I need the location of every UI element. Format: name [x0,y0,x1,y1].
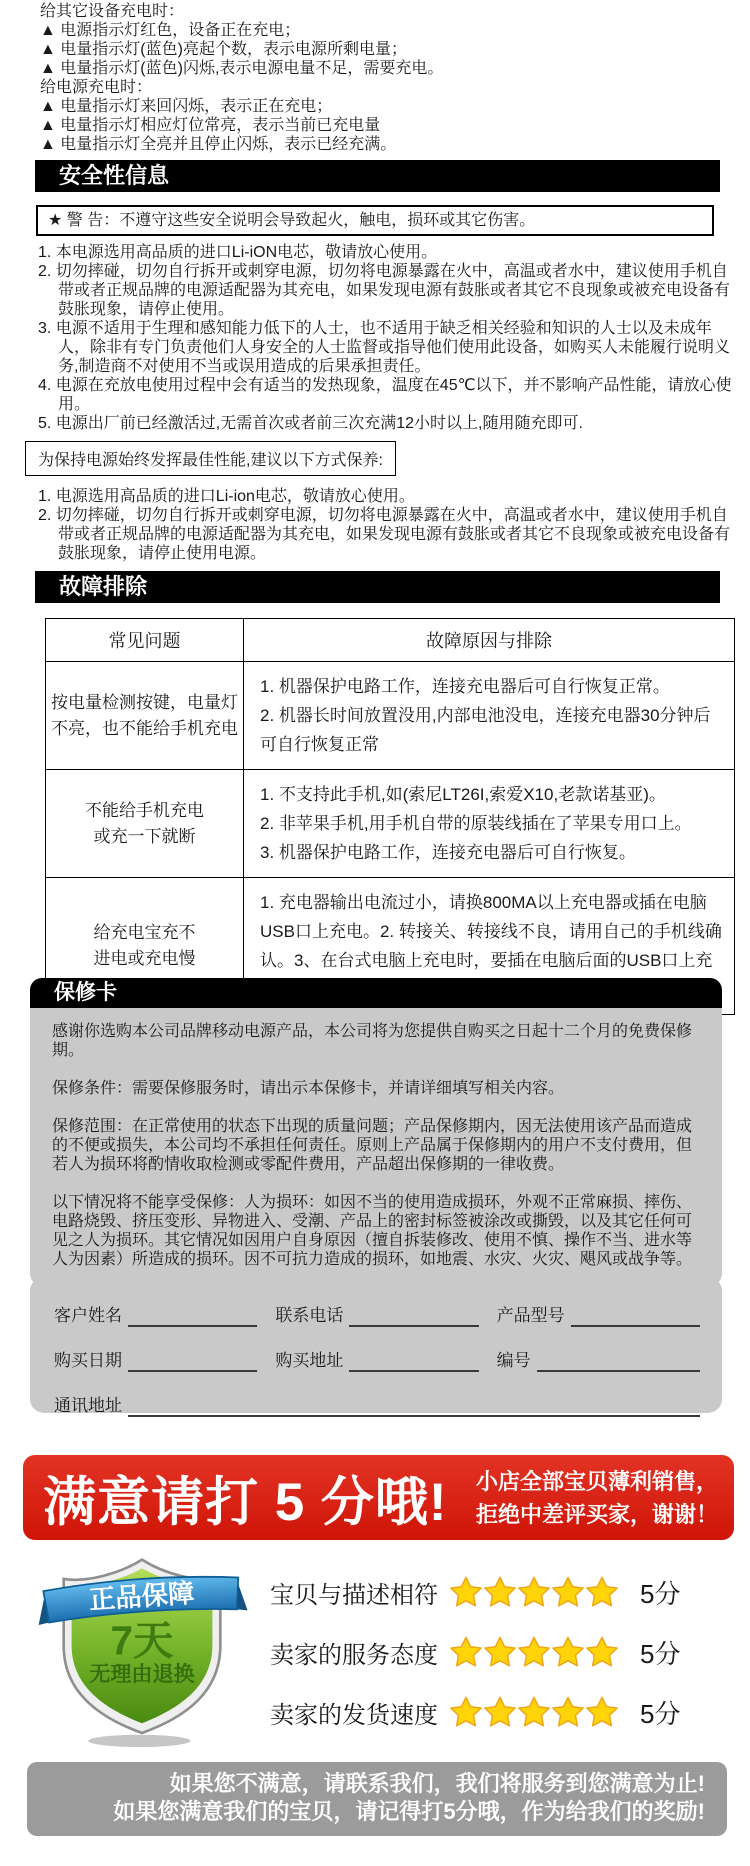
note-line: ▲ 电量指示灯来回闪烁，表示正在充电； [40,97,740,116]
safety-item: 1. 本电源选用高品质的进口Li-iON电芯，敬请放心使用。 [38,243,742,262]
warranty-paragraph: 保修条件：需要保修服务时，请出示本保修卡，并请详细填写相关内容。 [52,1079,702,1098]
five-star-rating [450,1576,620,1608]
blank-line [349,1353,478,1372]
field-label: 客户姓名 [54,1301,122,1327]
banner-headline: 满意请打 5 分哦! [23,1460,448,1536]
warranty-form: 客户姓名 联系电话 产品型号 购买日期 购买地址 编号 通讯地址 [30,1277,722,1413]
star-icon [484,1636,516,1668]
rating-score: 5分 [640,1634,680,1671]
star-icon [518,1696,550,1728]
safety-item: 4. 电源在充放电使用过程中会有适当的发热现象，温度在45℃以下，并不影响产品性… [38,376,742,414]
star-icon [518,1636,550,1668]
five-star-rating [450,1696,620,1728]
safety-section-header: 安全性信息 [35,160,720,192]
maintenance-item: 1. 电源选用高品质的进口Li-ion电芯，敬请放心使用。 [38,487,742,506]
form-row: 通讯地址 [54,1391,700,1417]
blank-line [537,1353,700,1372]
badge-days-text: 7天 [111,1618,174,1664]
star-icon [586,1696,618,1728]
star-icon [484,1576,516,1608]
safety-item: 5. 电源出厂前已经激活过,无需首次或者前三次充满12小时以上,随用随充即可. [38,414,742,433]
form-row: 客户姓名 联系电话 产品型号 [54,1301,700,1327]
form-field-purchase-date: 购买日期 [54,1346,257,1372]
field-label: 购买地址 [275,1346,343,1372]
charging-indicator-notes: 给其它设备充电时： ▲ 电源指示灯红色，设备正在充电； ▲ 电量指示灯(蓝色)亮… [40,2,740,154]
safety-item-list: 1. 本电源选用高品质的进口Li-iON电芯，敬请放心使用。 2. 切勿摔碰，切… [38,243,742,433]
maintenance-item-list: 1. 电源选用高品质的进口Li-ion电芯，敬请放心使用。 2. 切勿摔碰，切勿… [38,487,742,563]
rating-row-description: 宝贝与描述相符 5分 [270,1573,730,1611]
field-label: 编号 [497,1346,531,1372]
rating-label: 卖家的服务态度 [270,1635,438,1670]
five-star-rating [450,1636,620,1668]
field-label: 通讯地址 [54,1391,122,1417]
column-header-problem: 常见问题 [46,619,244,662]
troubleshooting-table: 常见问题 故障原因与排除 按电量检测按键，电量灯 不亮，也不能给手机充电 1. … [45,618,735,1015]
note-line: 给电源充电时： [40,78,740,97]
warranty-terms: 感谢你选购本公司品牌移动电源产品，本公司将为您提供自购买之日起十二个月的免费保修… [30,1008,722,1287]
rating-score: 5分 [640,1574,680,1611]
note-line: ▲ 电源指示灯红色，设备正在充电； [40,21,740,40]
troubleshooting-section-header: 故障排除 [35,571,720,603]
note-line: ▲ 电量指示灯全亮并且停止闪烁，表示已经充满。 [40,135,740,154]
field-label: 产品型号 [497,1301,565,1327]
star-icon [552,1636,584,1668]
form-field-purchase-address: 购买地址 [275,1346,478,1372]
column-header-cause: 故障原因与排除 [244,619,735,662]
note-line: ▲ 电量指示灯(蓝色)闪烁,表示电源电量不足，需要充电。 [40,59,740,78]
star-icon [450,1636,482,1668]
table-row: 不能给手机充电 或充一下就断 1. 不支持此手机,如(索尼LT26I,索爱X10… [46,770,735,878]
field-label: 联系电话 [275,1301,343,1327]
blank-line [128,1398,700,1417]
table-header-row: 常见问题 故障原因与排除 [46,619,735,662]
star-icon [518,1576,550,1608]
blank-line [128,1353,257,1372]
footer-line: 如果您满意我们的宝贝，请记得打5分哦，作为给我们的奖励! [47,1798,705,1826]
badge-caption-text: 无理由退换 [89,1661,195,1686]
footer-note: 如果您不满意，请联系我们，我们将服务到您满意为止! 如果您满意我们的宝贝，请记得… [27,1762,727,1836]
star-icon [450,1576,482,1608]
rating-row-shipping: 卖家的发货速度 5分 [270,1693,730,1731]
star-icon [586,1636,618,1668]
star-icon [450,1696,482,1728]
star-icon [552,1696,584,1728]
warranty-section-header: 保修卡 [30,978,722,1008]
star-icon [586,1576,618,1608]
blank-line [349,1308,478,1327]
cause-cell: 1. 机器保护电路工作，连接充电器后可自行恢复正常。 2. 机器长时间放置没用,… [244,662,735,770]
warranty-paragraph: 保修范围：在正常使用的状态下出现的质量问题；产品保修期内，因无法使用该产品而造成… [52,1117,702,1174]
form-field-customer-name: 客户姓名 [54,1301,257,1327]
side-note-line: 拒绝中差评买家，谢谢！ [476,1498,718,1531]
note-line: ▲ 电量指示灯(蓝色)亮起个数，表示电源所剩电量； [40,40,740,59]
maintenance-item: 2. 切勿摔碰，切勿自行拆开或刺穿电源，切勿将电源暴露在火中，高温或者水中，建议… [38,506,742,563]
rating-score: 5分 [640,1694,680,1731]
problem-cell: 不能给手机充电 或充一下就断 [46,770,244,878]
rating-row-service: 卖家的服务态度 5分 [270,1633,730,1671]
field-label: 购买日期 [54,1346,122,1372]
cause-cell: 1. 不支持此手机,如(索尼LT26I,索爱X10,老款诺基亚)。 2. 非苹果… [244,770,735,878]
warranty-paragraph: 以下情况将不能享受保修：人为损环：如因不当的使用造成损环，外观不正常麻损、摔伤、… [52,1193,702,1269]
safety-item: 2. 切勿摔碰，切勿自行拆开或刺穿电源，切勿将电源暴露在火中，高温或者水中，建议… [38,262,742,319]
form-row: 购买日期 购买地址 编号 [54,1346,700,1372]
blank-line [128,1308,257,1327]
warning-box: ★ 警 告：不遵守这些安全说明会导致起火，触电，损环或其它伤害。 [36,205,714,236]
warranty-card-section: 保修卡 感谢你选购本公司品牌移动电源产品，本公司将为您提供自购买之日起十二个月的… [30,978,722,1287]
footer-line: 如果您不满意，请联系我们，我们将服务到您满意为止! [47,1770,705,1798]
form-field-serial-number: 编号 [497,1346,700,1372]
star-icon [552,1576,584,1608]
form-field-mailing-address: 通讯地址 [54,1391,700,1417]
authenticity-badge: 正品保障 7天 无理由退换 [32,1556,252,1748]
problem-cell: 按电量检测按键，电量灯 不亮，也不能给手机充电 [46,662,244,770]
note-line: 给其它设备充电时： [40,2,740,21]
blank-line [571,1308,700,1327]
shield-icon: 正品保障 7天 无理由退换 [32,1556,252,1748]
form-field-product-model: 产品型号 [497,1301,700,1327]
star-icon [484,1696,516,1728]
banner-side-note: 小店全部宝贝薄利销售， 拒绝中差评买家，谢谢！ [476,1465,734,1531]
maintenance-title-box: 为保持电源始终发挥最佳性能,建议以下方式保养: [25,441,396,476]
form-field-contact-phone: 联系电话 [275,1301,478,1327]
table-row: 按电量检测按键，电量灯 不亮，也不能给手机充电 1. 机器保护电路工作，连接充电… [46,662,735,770]
note-line: ▲ 电量指示灯相应灯位常亮，表示当前已充电量 [40,116,740,135]
rating-banner: 满意请打 5 分哦! 小店全部宝贝薄利销售， 拒绝中差评买家，谢谢！ [23,1455,734,1540]
rating-label: 宝贝与描述相符 [270,1575,438,1610]
side-note-line: 小店全部宝贝薄利销售， [476,1465,718,1498]
safety-item: 3. 电源不适用于生理和感知能力低下的人士，也不适用于缺乏相关经验和知识的人士以… [38,319,742,376]
rating-rows: 宝贝与描述相符 5分 卖家的服务态度 5分 卖家的发货速度 5分 [270,1568,730,1753]
rating-label: 卖家的发货速度 [270,1695,438,1730]
warranty-paragraph: 感谢你选购本公司品牌移动电源产品，本公司将为您提供自购买之日起十二个月的免费保修… [52,1022,702,1060]
